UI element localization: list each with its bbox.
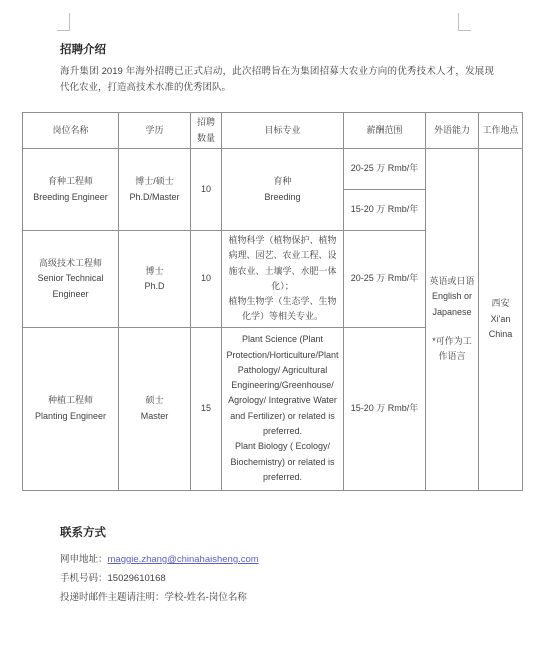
education-en: Ph.D/Master <box>122 190 187 205</box>
contact-block: 网申地址：maggie.zhang@chinahaisheng.com 手机号码… <box>60 550 259 607</box>
contact-line-phone: 手机号码：15029610168 <box>60 569 259 588</box>
email-link[interactable]: maggie.zhang@chinahaisheng.com <box>108 554 259 565</box>
contact-heading: 联系方式 <box>60 524 106 540</box>
education-en: Master <box>122 409 187 424</box>
cell-count-breeding: 10 <box>191 149 222 231</box>
cell-major-senior: 植物科学（植物保护、植物病理、园艺、农业工程、设施农业、土壤学、水肥一体化）； … <box>222 231 344 328</box>
cell-count-senior: 10 <box>191 231 222 328</box>
language-note: *可作为工作语言 <box>429 334 475 365</box>
position-cn: 育种工程师 <box>26 174 115 189</box>
header-location: 工作地点 <box>479 113 523 149</box>
cell-position-planting: 种植工程师 Planting Engineer <box>23 327 119 490</box>
position-cn: 种植工程师 <box>26 393 115 408</box>
cell-location: 西安 Xi'an China <box>479 149 523 491</box>
location-country: China <box>482 327 519 342</box>
cell-major-breeding: 育种 Breeding <box>222 149 344 231</box>
intro-heading: 招聘介绍 <box>60 41 106 57</box>
document-page: 招聘介绍 海升集团 2019 年海外招聘已正式启动，此次招聘旨在为集团招募大农业… <box>0 0 540 653</box>
cell-education-planting: 硕士 Master <box>119 327 191 490</box>
major-cn: 育种 <box>225 174 340 189</box>
major-en: Breeding <box>225 190 340 205</box>
major-line-2: Plant Biology ( Ecology/ Biochemistry) o… <box>225 439 340 485</box>
phone-number: 15029610168 <box>108 573 166 584</box>
cell-salary-senior: 20-25 万 Rmb/年 <box>344 231 426 328</box>
education-cn: 博士 <box>122 264 187 279</box>
header-education: 学历 <box>119 113 191 149</box>
contact-line-apply: 网申地址：maggie.zhang@chinahaisheng.com <box>60 550 259 569</box>
header-count: 招聘数量 <box>191 113 222 149</box>
header-major: 目标专业 <box>222 113 344 149</box>
cell-education-senior: 博士 Ph.D <box>119 231 191 328</box>
cell-position-breeding: 育种工程师 Breeding Engineer <box>23 149 119 231</box>
recruitment-table: 岗位名称 学历 招聘数量 目标专业 薪酬范围 外语能力 工作地点 育种工程师 B… <box>22 112 523 491</box>
header-salary: 薪酬范围 <box>344 113 426 149</box>
header-position: 岗位名称 <box>23 113 119 149</box>
header-language: 外语能力 <box>426 113 479 149</box>
position-en: Senior Technical Engineer <box>26 271 115 302</box>
intro-paragraph: 海升集团 2019 年海外招聘已正式启动，此次招聘旨在为集团招募大农业方向的优秀… <box>60 64 494 95</box>
cell-major-planting: Plant Science (Plant Protection/Horticul… <box>222 327 344 490</box>
cell-count-planting: 15 <box>191 327 222 490</box>
cell-salary-planting: 15-20 万 Rmb/年 <box>344 327 426 490</box>
cell-salary-breeding-master: 15-20 万 Rmb/年 <box>344 190 426 231</box>
cell-salary-breeding-phd: 20-25 万 Rmb/年 <box>344 149 426 190</box>
table-header-row: 岗位名称 学历 招聘数量 目标专业 薪酬范围 外语能力 工作地点 <box>23 113 523 149</box>
table-row-breeding-a: 育种工程师 Breeding Engineer 博士/硕士 Ph.D/Maste… <box>23 149 523 190</box>
apply-label: 网申地址： <box>60 554 108 565</box>
major-line-1: 植物科学（植物保护、植物病理、园艺、农业工程、设施农业、土壤学、水肥一体化）； <box>225 233 340 294</box>
position-cn: 高级技术工程师 <box>26 256 115 271</box>
cell-position-senior: 高级技术工程师 Senior Technical Engineer <box>23 231 119 328</box>
language-cn: 英语或日语 <box>429 274 475 289</box>
cell-education-breeding: 博士/硕士 Ph.D/Master <box>119 149 191 231</box>
contact-line-note: 投递时邮件主题请注明：学校-姓名-岗位名称 <box>60 588 259 607</box>
cell-language: 英语或日语 English or Japanese *可作为工作语言 <box>426 149 479 491</box>
position-en: Planting Engineer <box>26 409 115 424</box>
education-en: Ph.D <box>122 279 187 294</box>
education-cn: 博士/硕士 <box>122 174 187 189</box>
location-cn: 西安 <box>482 296 519 311</box>
location-en: Xi'an <box>482 312 519 327</box>
margin-crop-mark-right <box>458 13 471 31</box>
position-en: Breeding Engineer <box>26 190 115 205</box>
margin-crop-mark-left <box>57 13 70 31</box>
major-line-2: 植物生物学（生态学、生物化学）等相关专业。 <box>225 294 340 325</box>
education-cn: 硕士 <box>122 393 187 408</box>
phone-label: 手机号码： <box>60 573 108 584</box>
major-line-1: Plant Science (Plant Protection/Horticul… <box>225 332 340 439</box>
language-en: English or Japanese <box>429 289 475 320</box>
